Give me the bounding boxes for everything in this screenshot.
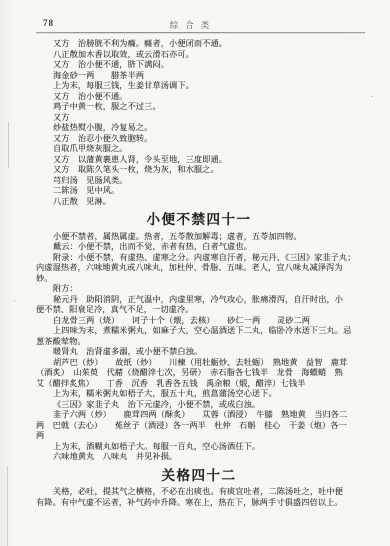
text-line: 小便不禁者，属热属虚。热者，五苓散加解毒；虚者，五苓加四物。 — [36, 232, 362, 243]
text-line: 两 — [36, 431, 362, 442]
running-title: 综合类 — [36, 19, 350, 31]
text-line: 芎归汤 见肠风类。 — [36, 176, 362, 187]
text-line: 艾（醋拌炙焦） 丁香 沉香 乳香各五钱 禹余粮（煅，醋淬）七钱半 — [36, 379, 362, 390]
section-title: 关格四十二 — [36, 463, 362, 488]
header-rule — [36, 32, 365, 33]
text-line: 胡芦巴（炒） 故纸（炒） 川楝（用牡蛎炒、去牡蛎） 熟地黄 益智 鹿茸 — [36, 358, 362, 369]
text-line: 戴云：小便不禁，出而不觉，赤者有热，白者气虚也。 — [36, 242, 362, 253]
text-line: 又方 治小便不通。 — [36, 92, 362, 103]
scanned-page: 78 综合类 又方 治膀胱不利为癃。癃者，小便闭而不通。八正散加木香以取效，或云… — [0, 0, 390, 546]
text-line: 便不禁、阳衰足冷，真气不足，一切虚冷。 — [36, 305, 362, 316]
text-line: 葱茶酸荤物。 — [36, 337, 362, 348]
text-line: 关格，必吐，提其气之横格，不必在出痰也。有痰宜吐者，二陈汤吐之，吐中便 — [36, 487, 362, 498]
text-line: （酒炙） 山茱萸 代赭（烧醋淬七次，另研） 赤石脂各七钱半 龙骨 海螵蛸 熟 — [36, 368, 362, 379]
text-line: 又方 以蒲黄裹患人肾，令头至地，三度即通。 — [36, 155, 362, 166]
text-line: 内虚湿热者，六味地黄丸或八味丸，加杜仲、骨脂、五味。老人，宜八味丸减泽泻为 — [36, 263, 362, 274]
text-line: 秘元丹 助阳消阴，正气温中，内虚里寒，冷气攻心，胀痛滑泻，自汗时出，小 — [36, 295, 362, 306]
text-line: 鸡子中黄一枚，服之不过三。 — [36, 102, 362, 113]
text-line: 上四味为末，煮糯米粥丸，如麻子大，空心温酒送下二丸，临卧冷水送下三丸。忌 — [36, 326, 362, 337]
text-line: 又方 治小便不通，脐下满闷。 — [36, 60, 362, 71]
text-line: 海金砂一两 腊茶半两 — [36, 71, 362, 82]
text-line: 八正散 见淋。 — [36, 197, 362, 208]
text-line: 附录：小便不禁，有虚热、虚寒之分。内虚寒自汗者，秘元丹、《三因》家韭子丸； — [36, 253, 362, 264]
page-header: 78 综合类 — [36, 16, 364, 29]
scan-artifact-line — [8, 122, 9, 168]
text-line: 又方 治忍小便久致胞转。 — [36, 134, 362, 145]
text-line: 《三因》家韭子丸 治下元虚冷，小便不禁，或成白浊。 — [36, 400, 362, 411]
text-line: 上为末，酒糊丸如梧子大。每服一百丸，空心汤酒任下。 — [36, 442, 362, 453]
text-line: 上为末，糯米粥丸如梧子大，服五十丸，煎菖蒲汤空心送下。 — [36, 389, 362, 400]
text-line: 炒盐热熨小腹，冷复易之。 — [36, 123, 362, 134]
text-line: 又方 取陈久笔头一枚，烧为灰，和水服之。 — [36, 165, 362, 176]
text-line: 韭子六两（炒） 鹿茸四两（酥炙） 苁蓉（酒浸） 牛膝 熟地黄 当归各二 — [36, 410, 362, 421]
scan-speck — [371, 96, 373, 97]
text-line: 二陈汤 见中风。 — [36, 186, 362, 197]
text-line: 暖肾丸 治肾虚多溺，或小便不禁白浊。 — [36, 347, 362, 358]
text-line: 上为末，每服三钱，生姜甘草汤调下。 — [36, 81, 362, 92]
text-line: 妙。 — [36, 274, 362, 285]
text-line: 附方： — [36, 284, 362, 295]
text-line: 白龙骨三两（烧） 诃子十个（煨，去核） 砂仁一两 灵砂二两 — [36, 316, 362, 327]
text-line: 八正散加木香以取效，或云滑石亦可。 — [36, 50, 362, 61]
scan-artifact-line — [7, 466, 8, 546]
text-line: 六味地黄丸 八味丸 并见补损。 — [36, 452, 362, 463]
text-line: 有降。有中气虚不运者，补气药中升降。寒在上，热在下，脉两手寸俱盛四倍以上。 — [36, 498, 362, 509]
text-line: 又方 — [36, 113, 362, 124]
text-line: 两 巴戟（去心） 菟丝子（酒浸）各一两半 杜仲 石斛 桂心 干姜（炮）各一 — [36, 421, 362, 432]
text-line: 自取爪甲烧灰服之。 — [36, 144, 362, 155]
section-title: 小便不禁四十一 — [36, 207, 362, 232]
text-body: 又方 治膀胱不利为癃。癃者，小便闭而不通。八正散加木香以取效，或云滑石亦可。又方… — [36, 39, 362, 508]
scan-speck — [14, 300, 15, 302]
text-line: 又方 治膀胱不利为癃。癃者，小便闭而不通。 — [36, 39, 362, 50]
